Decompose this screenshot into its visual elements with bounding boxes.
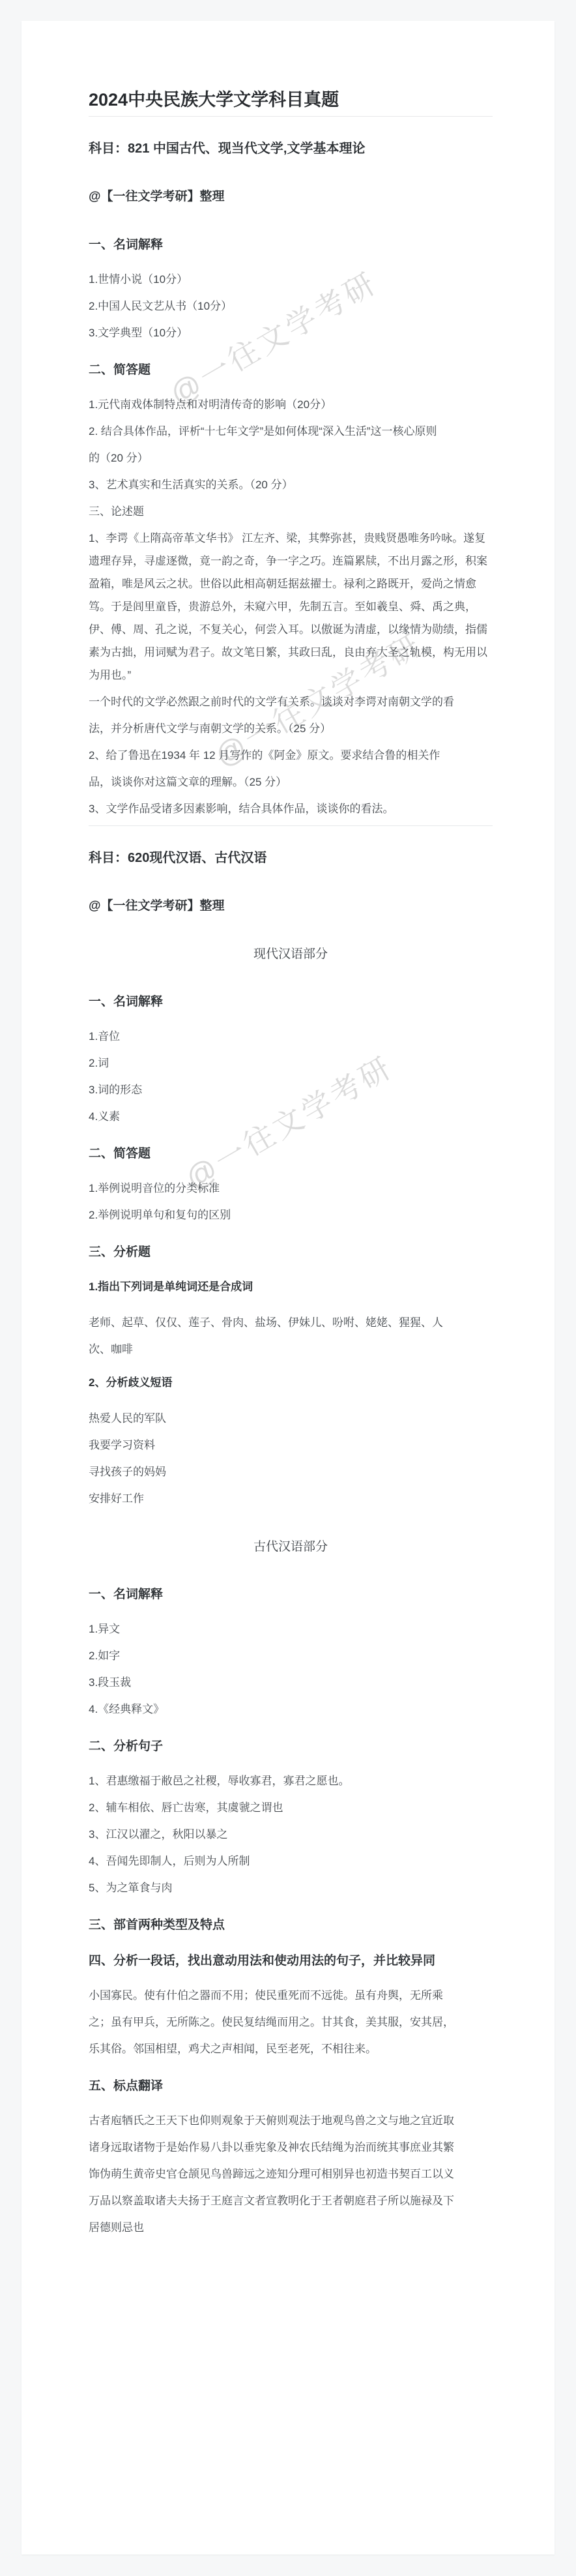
- subject-heading: 科目：821 中国古代、现当代文学,文学基本理论: [89, 139, 493, 158]
- paragraph: 2、给了鲁迅在1934 年 12 月写作的《阿金》原文。要求结合鲁的相关作: [89, 744, 493, 767]
- subject-heading: 科目：620现代汉语、古代汉语: [89, 848, 493, 868]
- paragraph: 2.中国人民文艺从书（10分）: [89, 295, 493, 318]
- section-heading: 三、分析题: [89, 1243, 493, 1262]
- paragraph: 4.义素: [89, 1105, 493, 1128]
- paragraph: 3.词的形态: [89, 1078, 493, 1101]
- paragraph: 三、论述题: [89, 500, 493, 523]
- section-heading: 一、名词解释: [89, 235, 493, 255]
- paragraph: 1.异文: [89, 1618, 493, 1640]
- paragraph: 小国寡民。使有什伯之器而不用；使民重死而不远徙。虽有舟舆，无所乘: [89, 1984, 493, 2007]
- section-heading: 三、部首两种类型及特点: [89, 1916, 493, 1935]
- credit-line: @【一往文学考研】整理: [89, 187, 493, 207]
- divider: [89, 825, 493, 826]
- paragraph: 5、为之箪食与肉: [89, 1876, 493, 1899]
- paragraph: 2、辅车相依、唇亡齿寒，其虞虢之谓也: [89, 1796, 493, 1819]
- paragraph: 老师、起草、仅仅、莲子、骨肉、盐场、伊妹儿、吩咐、姥姥、猩猩、人: [89, 1311, 493, 1334]
- paragraph: 2. 结合具体作品，评析“十七年文学”是如何体现“深入生活”这一核心原则: [89, 420, 493, 443]
- paragraph: 1.音位: [89, 1025, 493, 1048]
- paragraph: 古者庖牺氏之王天下也仰则观象于天俯则观法于地观鸟兽之文与地之宜近取: [89, 2109, 493, 2132]
- paragraph: 诸身远取诸物于是始作易八卦以垂宪象及神农氏结绳为治而统其事庶业其繁: [89, 2136, 493, 2159]
- paragraph: 饰伪萌生黄帝史官仓颉见鸟兽蹄远之迹知分理可相别异也初造书契百工以义: [89, 2163, 493, 2185]
- paragraph: 1.世情小说（10分）: [89, 268, 493, 291]
- part-heading: 古代汉语部分: [89, 1537, 493, 1557]
- paragraph: 万品以察盖取诸夫夫扬于王庭言文者宣教明化于王者朝庭君子所以施禄及下: [89, 2189, 493, 2212]
- document-card: @一往文学考研 @一往文学考研 @一往文学考研 2024中央民族大学文学科目真题…: [22, 21, 554, 2554]
- paragraph: 居德则忌也: [89, 2216, 493, 2239]
- paragraph: 品，谈谈你对这篇文章的理解。（25 分）: [89, 771, 493, 793]
- paragraph: 3、艺术真实和生活真实的关系。（20 分）: [89, 473, 493, 496]
- section-heading: 二、简答题: [89, 361, 493, 380]
- paragraph: 2.举例说明单句和复句的区别: [89, 1204, 493, 1226]
- paragraph: 1.元代南戏体制特点和对明清传奇的影响（20分）: [89, 393, 493, 416]
- part-heading: 现代汉语部分: [89, 945, 493, 964]
- section-heading: 五、标点翻译: [89, 2077, 493, 2096]
- paragraph: 之；虽有甲兵，无所陈之。使民复结绳而用之。甘其食，美其服，安其居，: [89, 2011, 493, 2034]
- paragraph: 3.文学典型（10分）: [89, 321, 493, 344]
- paragraph: 安排好工作: [89, 1487, 493, 1510]
- bold-item: 1.指出下列词是单纯词还是合成词: [89, 1275, 493, 1298]
- paragraph: 3、文学作品受诸多因素影响，结合具体作品，谈谈你的看法。: [89, 797, 493, 820]
- paragraph: 我要学习资料: [89, 1434, 493, 1457]
- paragraph: 次、咖啡: [89, 1338, 493, 1361]
- paragraph: 2.词: [89, 1052, 493, 1074]
- document-content: 2024中央民族大学文学科目真题科目：821 中国古代、现当代文学,文学基本理论…: [22, 21, 554, 2239]
- credit-line: @【一往文学考研】整理: [89, 896, 493, 916]
- paragraph: 一个时代的文学必然跟之前时代的文学有关系。谈谈对李谔对南朝文学的看: [89, 690, 493, 713]
- paragraph: 乐其俗。邻国相望，鸡犬之声相闻，民至老死，不相往来。: [89, 2037, 493, 2060]
- paragraph: 4.《经典释文》: [89, 1698, 493, 1721]
- divider: [89, 116, 493, 117]
- paragraph: 1.举例说明音位的分类标准: [89, 1177, 493, 1200]
- paragraph: 3、江汉以濯之，秋阳以暴之: [89, 1823, 493, 1846]
- paragraph: 法，并分析唐代文学与南朝文学的关系。（25 分）: [89, 717, 493, 740]
- section-heading: 二、简答题: [89, 1144, 493, 1164]
- paragraph: 的（20 分）: [89, 447, 493, 469]
- bold-item: 2、分析歧义短语: [89, 1371, 493, 1394]
- paragraph: 热爱人民的军队: [89, 1407, 493, 1430]
- paragraph: 2.如字: [89, 1644, 493, 1667]
- paragraph: 3.段玉裁: [89, 1671, 493, 1694]
- section-heading: 二、分析句子: [89, 1737, 493, 1756]
- paragraph: 4、吾闻先即制人，后则为人所制: [89, 1850, 493, 1873]
- page-background: @一往文学考研 @一往文学考研 @一往文学考研 2024中央民族大学文学科目真题…: [0, 0, 576, 2576]
- section-heading: 四、分析一段话，找出意动用法和使动用法的句子，并比较异同: [89, 1951, 493, 1971]
- passage-paragraph: 1、李谔《上隋高帝革文华书》 江左齐、梁，其弊弥甚，贵贱贤愚唯务吟咏。遂复遗理存…: [89, 527, 493, 687]
- paragraph: 1、君惠缴福于敝邑之社稷，辱收寡君，寡君之愿也。: [89, 1769, 493, 1792]
- section-heading: 一、名词解释: [89, 1585, 493, 1605]
- doc-title: 2024中央民族大学文学科目真题: [89, 89, 493, 111]
- paragraph: 寻找孩子的妈妈: [89, 1460, 493, 1483]
- section-heading: 一、名词解释: [89, 992, 493, 1012]
